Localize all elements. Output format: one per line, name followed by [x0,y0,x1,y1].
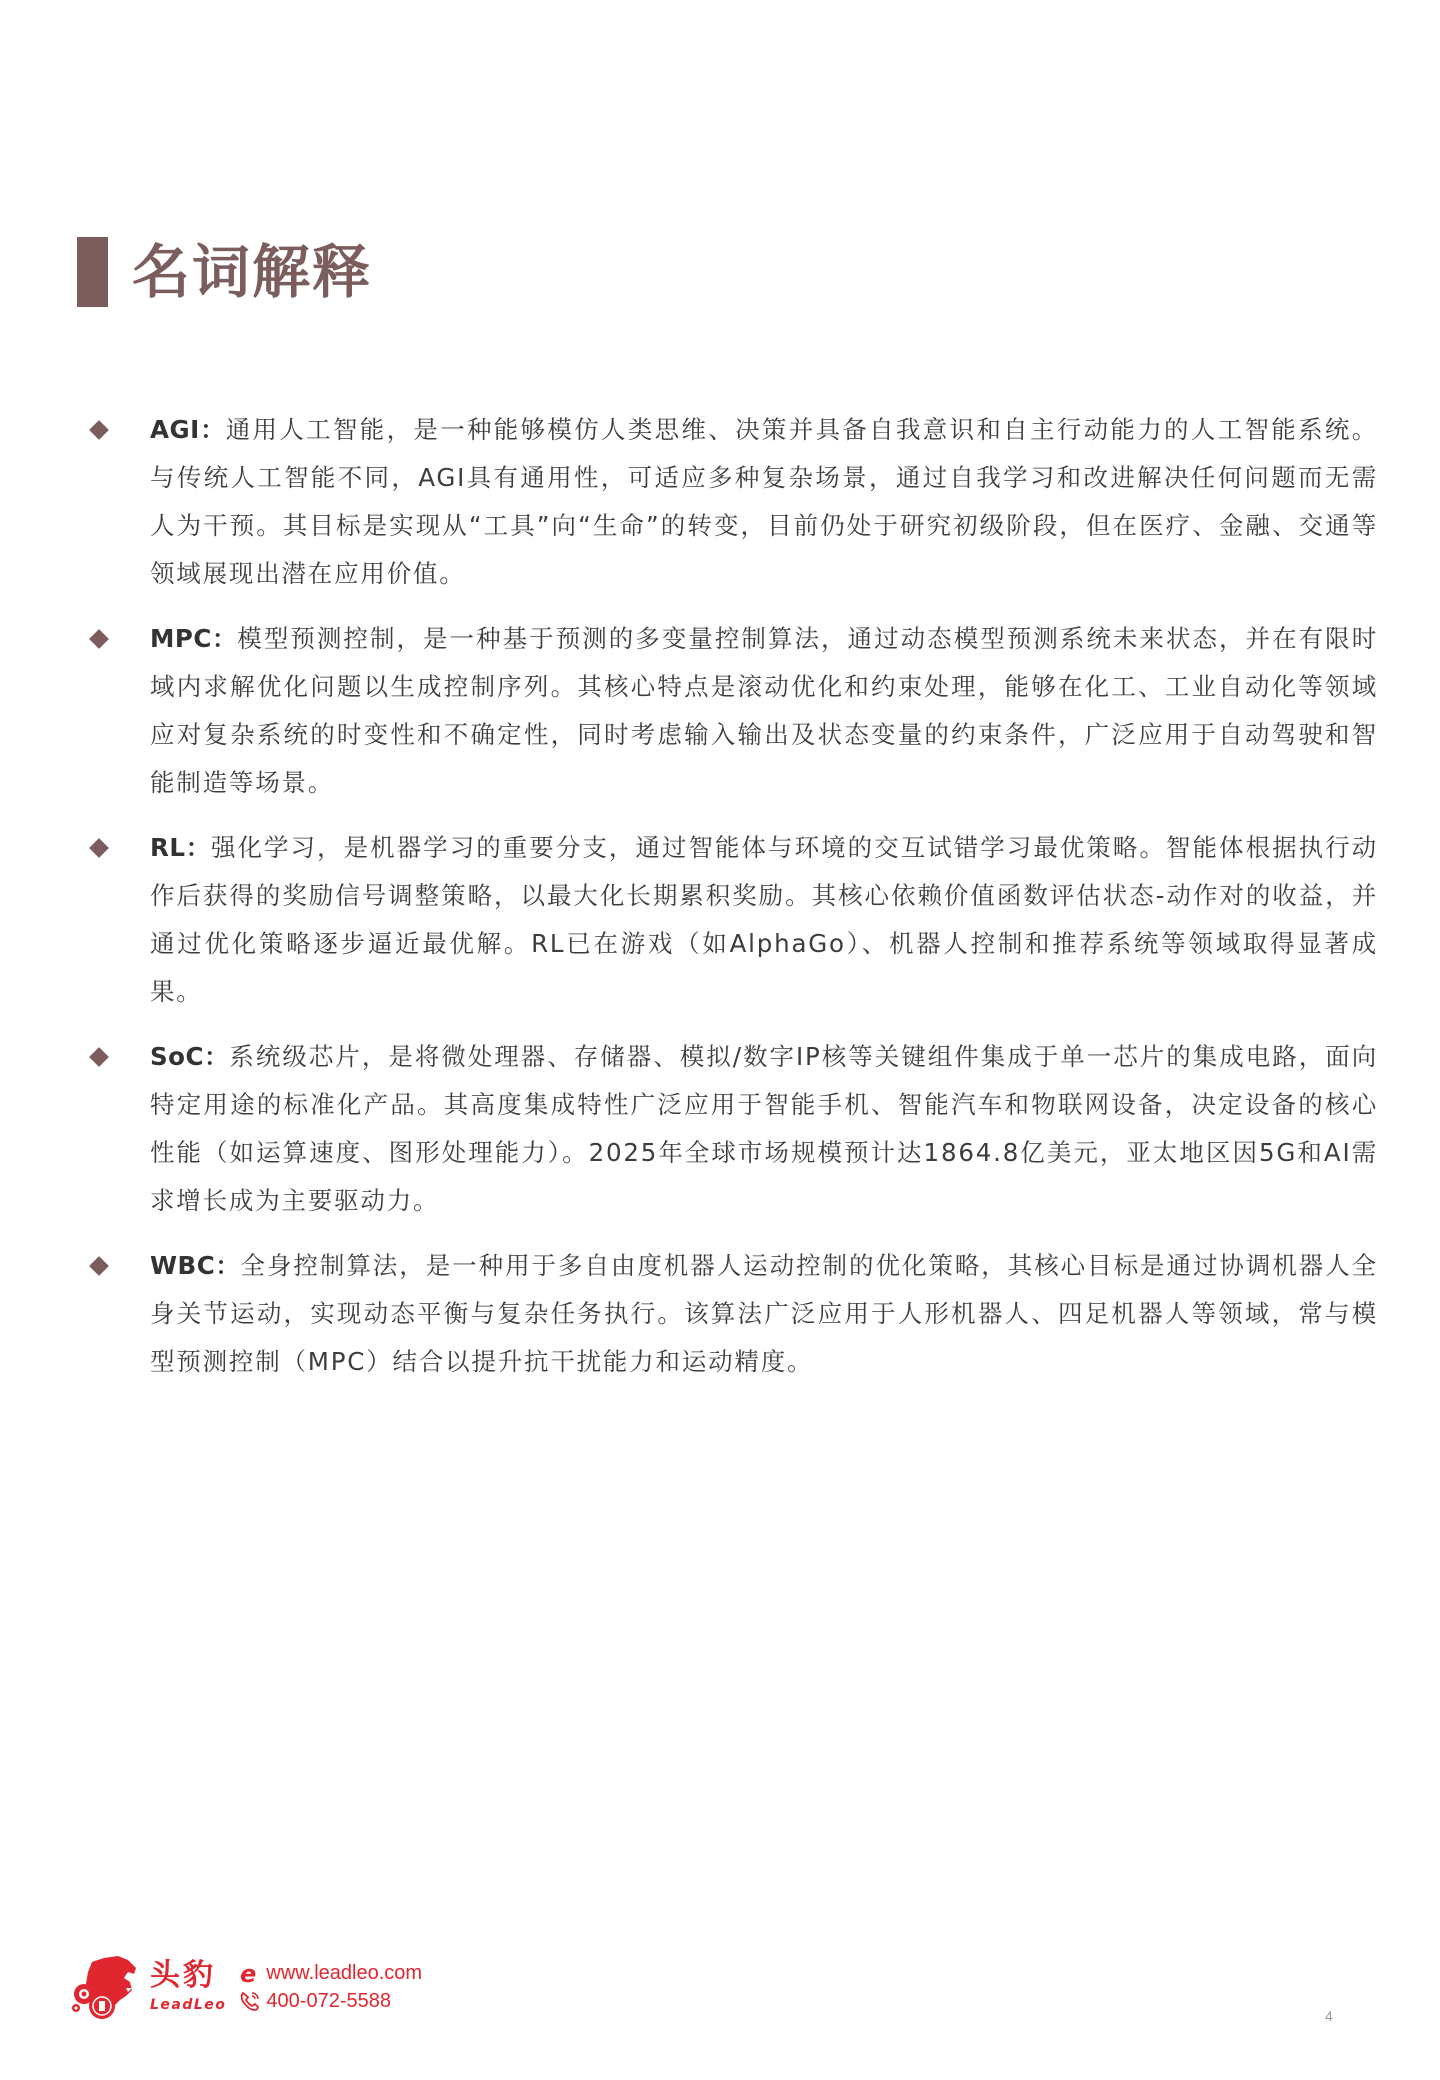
phone-icon [238,1989,262,2013]
term-name: MPC： [150,624,237,653]
term-definition: 强化学习，是机器学习的重要分支，通过智能体与环境的交互试错学习最优策略。智能体根… [150,833,1378,1006]
brand-name: 头豹 LeadLeo [150,1960,226,2014]
diamond-bullet-icon [89,420,109,440]
page-title: 名词解释 [132,236,372,308]
phone-row: 400-072-5588 [238,1987,422,2015]
term-definition: 通用人工智能，是一种能够模仿人类思维、决策并具备自我意识和自主行动能力的人工智能… [150,415,1378,588]
footer-brand: 头豹 LeadLeo e www.leadleo.com 400-072-558… [70,1952,422,2022]
svg-text:e: e [240,1961,256,1985]
glossary-item-soc: SoC：系统级芯片，是将微处理器、存储器、模拟/数字IP核等关键组件集成于单一芯… [88,1033,1378,1225]
diamond-bullet-icon [89,629,109,649]
phone-number: 400-072-5588 [266,1990,391,2013]
leopard-logo-icon [70,1954,140,2020]
term-name: WBC： [150,1251,241,1280]
term-definition: 全身控制算法，是一种用于多自由度机器人运动控制的优化策略，其核心目标是通过协调机… [150,1251,1378,1376]
diamond-bullet-icon [89,1047,109,1067]
website-row: e www.leadleo.com [238,1959,422,1987]
glossary-item-agi: AGI：通用人工智能，是一种能够模仿人类思维、决策并具备自我意识和自主行动能力的… [88,406,1378,598]
brand-name-cn: 头豹 [150,1960,216,1992]
brand-name-en: LeadLeo [150,1996,226,2014]
page-number: 4 [1325,2008,1333,2024]
term-name: SoC： [150,1042,229,1071]
diamond-bullet-icon [89,1256,109,1276]
term-definition: 模型预测控制，是一种基于预测的多变量控制算法，通过动态模型预测系统未来状态，并在… [150,624,1378,797]
glossary-list: AGI：通用人工智能，是一种能够模仿人类思维、决策并具备自我意识和自主行动能力的… [88,406,1378,1403]
title-accent-bar [77,237,108,307]
glossary-item-mpc: MPC：模型预测控制，是一种基于预测的多变量控制算法，通过动态模型预测系统未来状… [88,615,1378,807]
web-e-icon: e [238,1961,262,1985]
term-name: RL： [150,833,211,862]
section-title-block: 名词解释 [77,236,372,308]
glossary-item-rl: RL：强化学习，是机器学习的重要分支，通过智能体与环境的交互试错学习最优策略。智… [88,824,1378,1016]
diamond-bullet-icon [89,838,109,858]
term-name: AGI： [150,415,226,444]
glossary-item-wbc: WBC：全身控制算法，是一种用于多自由度机器人运动控制的优化策略，其核心目标是通… [88,1242,1378,1386]
contact-info: e www.leadleo.com 400-072-5588 [238,1959,422,2015]
website-link[interactable]: www.leadleo.com [266,1962,422,1985]
term-definition: 系统级芯片，是将微处理器、存储器、模拟/数字IP核等关键组件集成于单一芯片的集成… [150,1042,1378,1215]
